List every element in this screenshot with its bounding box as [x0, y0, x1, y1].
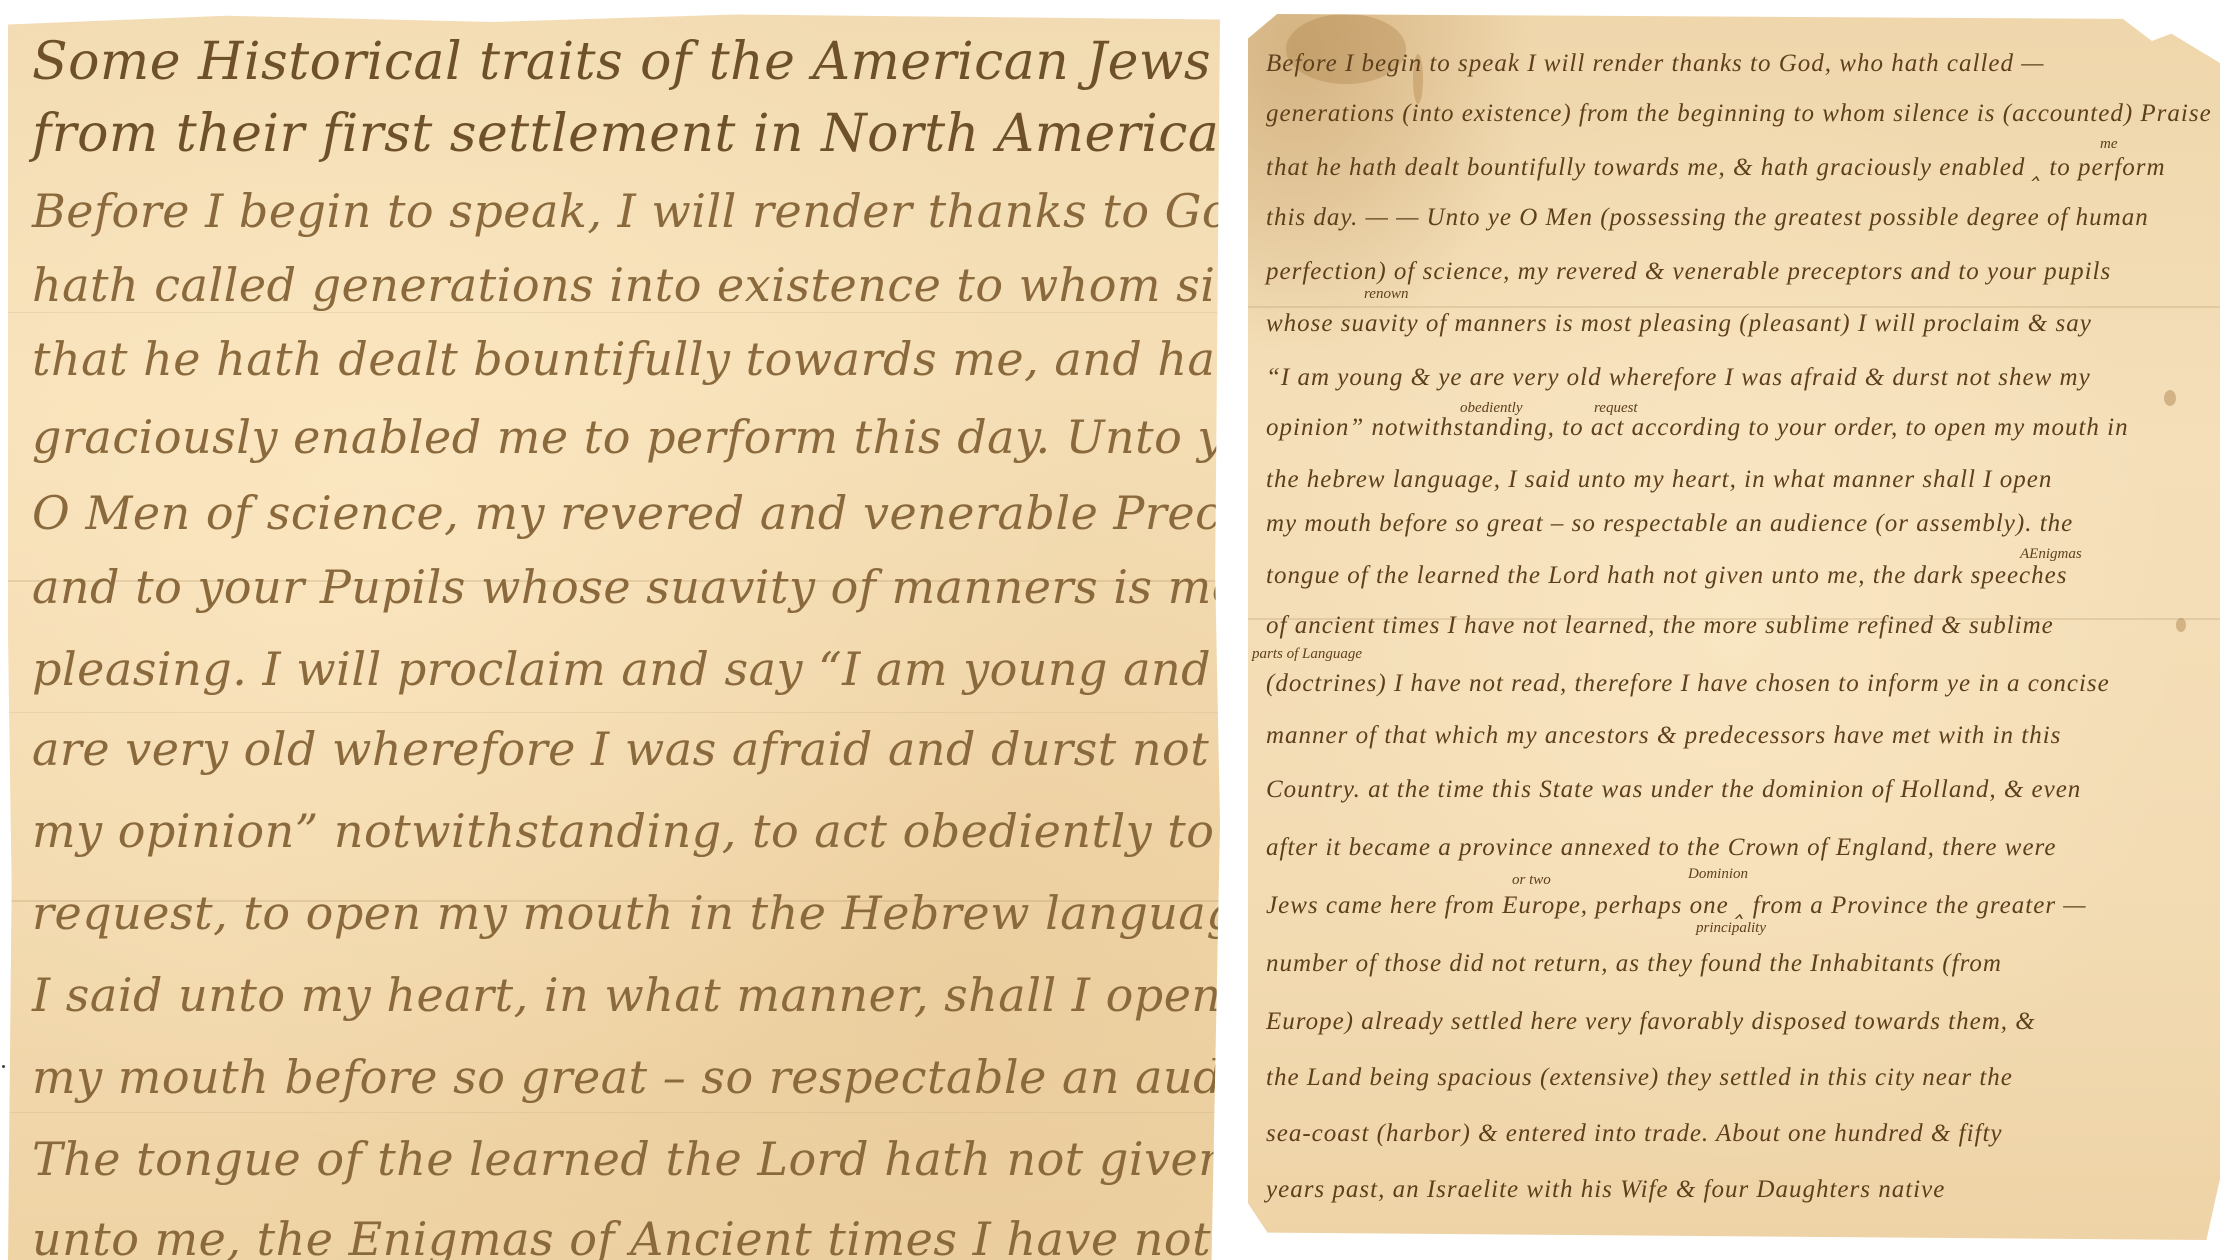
draft-line: (doctrines) I have not read, therefore I… — [1266, 670, 2110, 698]
bleed-through-line — [8, 312, 1220, 313]
draft-line: tongue of the learned the Lord hath not … — [1266, 562, 2067, 590]
draft-line: manner of that which my ancestors & pred… — [1266, 722, 2061, 750]
interlinear-note: renown — [1364, 286, 1408, 303]
manuscript-title-line-2: from their first settlement in North Ame… — [32, 104, 1219, 164]
draft-line: whose suavity of manners is most pleasin… — [1266, 310, 2092, 338]
draft-line: of ancient times I have not learned, the… — [1266, 612, 2054, 640]
manuscript-line: request, to open my mouth in the Hebrew … — [32, 886, 1220, 940]
interlinear-note: parts of Language — [1252, 646, 1362, 663]
manuscript-line: that he hath dealt bountifully towards m… — [32, 332, 1220, 386]
manuscript-page-right: Before I begin to speak I will render th… — [1248, 14, 2220, 1240]
draft-line: number of those did not return, as they … — [1266, 950, 2002, 978]
interlinear-note: principality — [1696, 920, 1766, 937]
draft-line: Before I begin to speak I will render th… — [1266, 50, 2044, 78]
stain — [2176, 618, 2186, 632]
manuscript-title-line-1: Some Historical traits of the American J… — [32, 32, 1211, 92]
manuscript-line: pleasing. I will proclaim and say “I am … — [32, 642, 1220, 696]
manuscript-line: O Men of science, my revered and venerab… — [32, 486, 1220, 540]
draft-line: after it became a province annexed to th… — [1266, 834, 2056, 862]
draft-line: perfection) of science, my revered & ven… — [1266, 258, 2111, 286]
draft-line: Europe) already settled here very favora… — [1266, 1008, 2036, 1036]
interlinear-note: AEnigmas — [2020, 546, 2082, 563]
draft-line: sea-coast (harbor) & entered into trade.… — [1266, 1120, 2003, 1148]
manuscript-line: hath called generations into existence t… — [32, 258, 1220, 312]
draft-line: generations (into existence) from the be… — [1266, 100, 2212, 128]
manuscript-line: graciously enabled me to perform this da… — [32, 410, 1220, 464]
draft-line: this day. — — Unto ye O Men (possessing … — [1266, 204, 2149, 232]
draft-line: the Land being spacious (extensive) they… — [1266, 1064, 2013, 1092]
manuscript-line: I said unto my heart, in what manner, sh… — [32, 968, 1220, 1022]
manuscript-line: my opinion” notwithstanding, to act obed… — [32, 804, 1220, 858]
manuscript-page-left: Some Historical traits of the American J… — [8, 12, 1220, 1260]
draft-line: the hebrew language, I said unto my hear… — [1266, 466, 2052, 494]
speck — [2, 1065, 5, 1068]
stain — [2164, 390, 2176, 406]
draft-line: Country. at the time this State was unde… — [1266, 776, 2081, 804]
manuscript-line: unto me, the Enigmas of Ancient times I … — [32, 1212, 1211, 1260]
bleed-through-line — [8, 1112, 1220, 1113]
bleed-through-line — [8, 712, 1220, 713]
draft-line: years past, an Israelite with his Wife &… — [1266, 1176, 1945, 1204]
manuscript-line: The tongue of the learned the Lord hath … — [32, 1132, 1220, 1186]
draft-line: Jews came here from Europe, perhaps one … — [1266, 890, 2087, 920]
interlinear-note: or two — [1512, 872, 1551, 889]
manuscript-line: and to your Pupils whose suavity of mann… — [32, 560, 1220, 614]
draft-line: “I am young & ye are very old wherefore … — [1266, 364, 2091, 392]
fold-line — [1248, 306, 2220, 308]
draft-line: that he hath dealt bountifully towards m… — [1266, 152, 2166, 182]
interlinear-note: me — [2100, 136, 2118, 153]
draft-line: opinion” notwithstanding, to act accordi… — [1266, 414, 2129, 442]
interlinear-note: Dominion — [1688, 866, 1748, 883]
manuscript-line: my mouth before so great – so respectabl… — [32, 1050, 1220, 1104]
draft-line: my mouth before so great – so respectabl… — [1266, 510, 2073, 538]
manuscript-line: are very old wherefore I was afraid and … — [32, 722, 1220, 776]
manuscript-line: Before I begin to speak, I will render t… — [32, 184, 1220, 238]
